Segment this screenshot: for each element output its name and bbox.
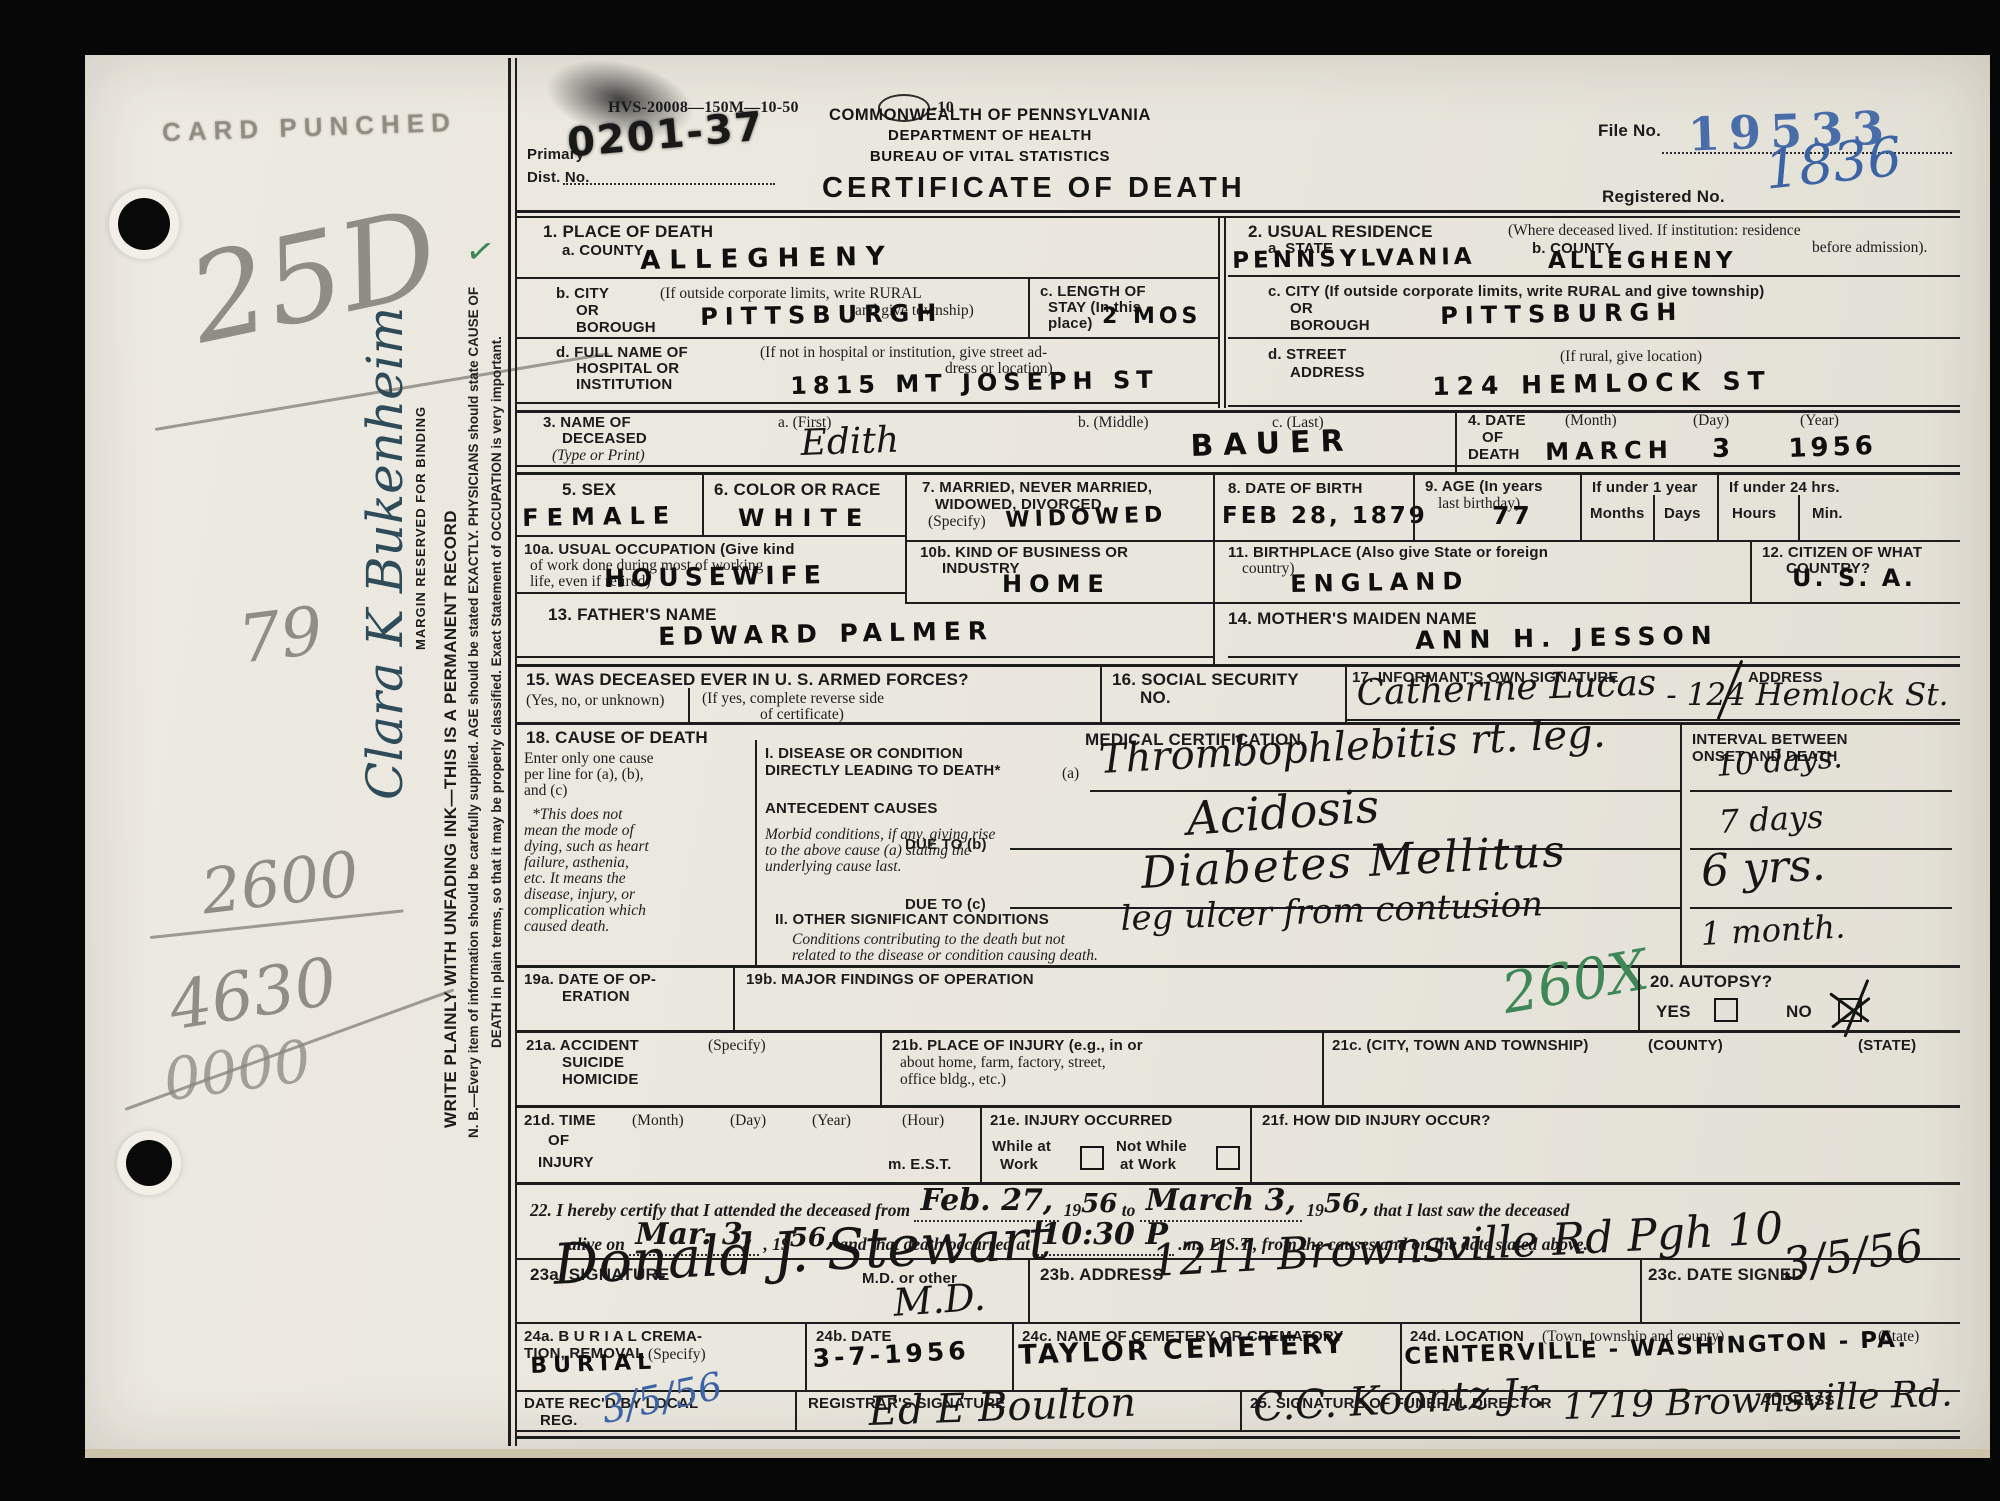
date-of-operation-label: 19a. DATE OF OP- — [524, 971, 656, 990]
or-label: OR — [576, 302, 599, 321]
divider — [688, 688, 690, 722]
date-of-birth-label: 8. DATE OF BIRTH — [1228, 480, 1363, 499]
date-of-death-label-2: OF — [1482, 429, 1503, 448]
while-at-work-label-2: Work — [1000, 1156, 1038, 1175]
street-label: d. STREET — [1268, 346, 1346, 365]
marital-status-value: WIDOWED — [1005, 504, 1168, 532]
marital-status-label: 7. MARRIED, NEVER MARRIED, — [922, 479, 1152, 498]
injury-month-label: (Month) — [632, 1112, 684, 1130]
autopsy-yes-label: YES — [1656, 1001, 1691, 1022]
antecedent-label: ANTECEDENT CAUSES — [765, 800, 938, 819]
borough-label: BOROUGH — [576, 319, 656, 338]
while-at-work-checkbox[interactable] — [1080, 1146, 1104, 1170]
rule — [905, 602, 1960, 604]
commonwealth-line: COMMONWEALTH OF PENNSYLVANIA — [790, 104, 1190, 126]
age-label: 9. AGE (In years — [1425, 478, 1543, 497]
occupation-value: HOUSEWIFE — [604, 562, 827, 591]
rule — [516, 535, 905, 537]
punch-hole-top — [118, 198, 170, 250]
divider — [1240, 1390, 1242, 1430]
cause-star-note-8: caused death. — [524, 918, 609, 936]
city-label: b. CITY — [556, 285, 609, 304]
hospital-label-3: INSTITUTION — [576, 376, 672, 395]
accident-specify-hint: (Specify) — [708, 1037, 766, 1055]
usual-residence-hint: (Where deceased lived. If institution: r… — [1508, 222, 1801, 240]
time-of-injury-label-3: INJURY — [538, 1154, 594, 1173]
rule — [905, 540, 1960, 542]
homicide-label: HOMICIDE — [562, 1071, 639, 1090]
date-of-operation-label-2: ERATION — [562, 988, 630, 1007]
rule — [516, 465, 1960, 467]
attended-to-year-value: 56, — [1324, 1189, 1369, 1219]
time-of-injury-label: 21d. TIME — [524, 1112, 596, 1131]
street-hint: (If rural, give location) — [1560, 348, 1702, 366]
md-value: M.D. — [892, 1278, 987, 1322]
margin-nb-note-1: N. B.—Every item of information should b… — [466, 287, 481, 1138]
interval-other-value: 1 month. — [1700, 910, 1846, 950]
disease-label-2: DIRECTLY LEADING TO DEATH* — [765, 762, 1001, 781]
physician-address-label: 23b. ADDRESS — [1040, 1264, 1164, 1285]
est-label: m. E.S.T. — [888, 1156, 952, 1175]
major-findings-label: 19b. MAJOR FINDINGS OF OPERATION — [746, 971, 1034, 990]
armed-forces-hint: (Yes, no, or unknown) — [526, 692, 664, 710]
divider — [980, 1105, 982, 1182]
divider — [1250, 1105, 1252, 1182]
registered-no-label: Registered No. — [1602, 186, 1725, 207]
birthplace-value: ENGLAND — [1290, 569, 1469, 596]
other-conditions-label: II. OTHER SIGNIFICANT CONDITIONS — [775, 911, 1049, 930]
ssn-label-2: NO. — [1140, 687, 1171, 708]
burial-value: BURIAL — [530, 1352, 658, 1378]
not-while-at-work-label-2: at Work — [1120, 1156, 1176, 1175]
divider — [733, 965, 735, 1030]
divider — [1717, 472, 1719, 540]
divider — [1224, 217, 1226, 408]
rule — [516, 472, 1960, 475]
county-label: a. COUNTY — [562, 242, 644, 261]
rule — [516, 1430, 1960, 1432]
autopsy-no-label: NO — [1786, 1001, 1812, 1022]
mother-name-value: ANN H. JESSON — [1415, 623, 1719, 653]
divider — [1213, 472, 1215, 664]
divider — [1640, 1258, 1642, 1322]
certificate-title: CERTIFICATE OF DEATH — [822, 172, 1246, 205]
date-signed-label: 23c. DATE SIGNED — [1648, 1264, 1804, 1285]
divider — [1322, 1030, 1324, 1105]
interval-a-value: 10 days. — [1715, 743, 1843, 782]
rule — [516, 277, 1218, 279]
injury-hour-label: (Hour) — [902, 1112, 944, 1130]
interval-c-value: 6 yrs. — [1700, 843, 1827, 893]
divider — [1345, 664, 1347, 722]
business-value: HOME — [1002, 572, 1111, 596]
sex-label: 5. SEX — [562, 479, 616, 500]
rule — [1228, 656, 1960, 658]
birthplace-label-2: country) — [1242, 560, 1295, 578]
residence-borough-label: BOROUGH — [1290, 317, 1370, 336]
place-of-death-label: 1. PLACE OF DEATH — [543, 221, 713, 242]
divider — [1798, 495, 1800, 540]
color-race-label: 6. COLOR OR RACE — [714, 479, 881, 500]
date-of-death-label: 4. DATE — [1468, 412, 1526, 431]
not-while-at-work-checkbox[interactable] — [1216, 1146, 1240, 1170]
residence-or-label: OR — [1290, 300, 1313, 319]
rule — [1228, 405, 1960, 407]
divider — [795, 1390, 797, 1430]
divider — [1028, 1258, 1030, 1322]
morbid-hint-3: underlying cause last. — [765, 858, 901, 876]
informant-signature-value: Catherine Lucas — [1356, 666, 1657, 712]
rule — [516, 1322, 1960, 1324]
rule — [516, 1030, 1960, 1033]
date-of-death-label-3: DEATH — [1468, 446, 1520, 465]
rule — [516, 216, 1960, 218]
disease-a-label: (a) — [1062, 765, 1079, 783]
min-label: Min. — [1812, 505, 1843, 524]
divider — [880, 1030, 882, 1105]
residence-county-value: ALLEGHENY — [1548, 250, 1737, 273]
rule — [516, 1105, 1960, 1108]
interval-b-value: 7 days — [1718, 801, 1824, 838]
margin-signature: Clara K Bukenheim — [360, 307, 410, 800]
cert-text: 19 — [1306, 1200, 1324, 1220]
accident-label: 21a. ACCIDENT — [526, 1037, 639, 1056]
divider — [1638, 965, 1640, 1030]
color-race-value: WHITE — [738, 506, 871, 530]
divider — [1455, 410, 1457, 472]
informant-address-value: - 124 Hemlock St. — [1666, 680, 1948, 711]
bureau-line: BUREAU OF VITAL STATISTICS — [790, 147, 1190, 167]
under-1-year-label: If under 1 year — [1592, 479, 1698, 498]
injury-city-label: 21c. (CITY, TOWN AND TOWNSHIP) — [1332, 1037, 1589, 1056]
name-of-deceased-label-2: DECEASED — [562, 430, 647, 449]
time-of-injury-label-2: OF — [548, 1132, 569, 1151]
divider — [702, 472, 704, 535]
death-month-value: MARCH — [1545, 438, 1674, 464]
cause-of-death-label: 18. CAUSE OF DEATH — [526, 727, 708, 748]
rule — [516, 402, 1218, 404]
rule — [516, 722, 1960, 725]
street-value: 124 HEMLOCK ST — [1432, 368, 1772, 399]
burial-label: 24a. B U R I A L CREMA- — [524, 1328, 702, 1347]
residence-city-value: PITTSBURGH — [1440, 300, 1684, 328]
injury-county-label: (COUNTY) — [1648, 1037, 1723, 1056]
rule — [516, 337, 1218, 339]
rule — [516, 210, 1960, 213]
injury-state-label: (STATE) — [1858, 1037, 1916, 1056]
first-name-value: Edith — [800, 423, 900, 462]
injury-day-label: (Day) — [730, 1112, 766, 1130]
margin-nb-note-2: DEATH in plain terms, so that it may be … — [489, 336, 504, 1048]
hospital-value: 1815 MT JOSEPH ST — [790, 368, 1159, 398]
rule — [1090, 790, 1680, 792]
how-injury-occur-label: 21f. HOW DID INJURY OCCUR? — [1262, 1112, 1491, 1131]
rule — [516, 1436, 1960, 1439]
divider — [1580, 472, 1582, 540]
autopsy-label: 20. AUTOPSY? — [1650, 971, 1772, 992]
place-of-injury-label: 21b. PLACE OF INJURY (e.g., in or — [892, 1037, 1143, 1056]
length-of-stay-label-3: place) — [1048, 315, 1093, 334]
registrar-signature-value: Ed E Boulton — [868, 1383, 1137, 1432]
while-at-work-label: While at — [992, 1138, 1051, 1157]
injury-occurred-label: 21e. INJURY OCCURRED — [990, 1112, 1172, 1131]
other-conditions-hint-2: related to the disease or condition caus… — [792, 947, 1098, 965]
divider — [1028, 277, 1030, 337]
citizen-value: U. S. A. — [1792, 566, 1916, 590]
sex-value: FEMALE — [522, 503, 677, 530]
file-no-label: File No. — [1598, 120, 1661, 141]
place-of-injury-hint-2: office bldg., etc.) — [900, 1071, 1006, 1089]
father-name-value: EDWARD PALMER — [658, 618, 994, 649]
street-label-2: ADDRESS — [1290, 364, 1365, 383]
length-of-stay-value: 2 MOS — [1102, 306, 1201, 328]
burial-date-value: 3-7-1956 — [812, 1338, 970, 1371]
divider — [905, 472, 907, 602]
not-while-at-work-label: Not While — [1116, 1138, 1187, 1157]
pencil-note-79: 79 — [235, 598, 326, 674]
suicide-label: SUICIDE — [562, 1054, 624, 1073]
year-label: (Year) — [1800, 412, 1839, 430]
dist-no-line — [563, 183, 775, 185]
rule — [516, 410, 1960, 413]
divider — [1218, 217, 1220, 408]
cause-b-value: Acidosis — [1185, 783, 1381, 842]
city-value: PITTSBURGH — [700, 301, 944, 329]
county-value: ALLEGHENY — [640, 244, 894, 274]
type-or-print-hint: (Type or Print) — [552, 447, 645, 465]
registered-no-value: 1836 — [1762, 130, 1904, 198]
divider — [755, 740, 757, 965]
place-of-injury-hint: about home, farm, factory, street, — [900, 1054, 1106, 1072]
month-label: (Month) — [1565, 412, 1617, 430]
due-to-b-label: DUE TO (b) — [905, 836, 987, 855]
margin-write-plainly-note: WRITE PLAINLY WITH UNFADING INK—THIS IS … — [440, 510, 461, 1128]
death-year-value: 1956 — [1788, 433, 1877, 462]
rule — [516, 656, 1213, 658]
injury-year-label: (Year) — [812, 1112, 851, 1130]
date-of-birth-value: FEB 28, 1879 — [1222, 505, 1428, 528]
marital-specify-hint: (Specify) — [928, 513, 986, 531]
divider — [1012, 1322, 1014, 1390]
divider — [1750, 540, 1752, 602]
autopsy-yes-checkbox[interactable] — [1714, 998, 1738, 1022]
day-label: (Day) — [1693, 412, 1729, 430]
pencil-note-2600: 2600 — [198, 843, 362, 924]
form-border-inner — [515, 58, 517, 1446]
rule — [516, 664, 1960, 667]
attended-from-year-value: 56 — [1081, 1189, 1117, 1219]
divider — [1413, 472, 1415, 540]
last-name-value: BAUER — [1190, 426, 1354, 462]
department-line: DEPARTMENT OF HEALTH — [790, 126, 1190, 146]
divider — [1653, 495, 1655, 540]
armed-forces-label: 15. WAS DECEASED EVER IN U. S. ARMED FOR… — [526, 669, 969, 690]
divider — [805, 1322, 807, 1390]
cause-note-3: and (c) — [524, 782, 567, 800]
age-value: 77 — [1492, 503, 1533, 528]
divider — [1100, 664, 1102, 722]
death-certificate-scan: CARD PUNCHED 25D 79 2600 4630 0000 ✓ Cla… — [0, 0, 2000, 1501]
rule — [1690, 790, 1952, 792]
informant-value: Catherine Lucas - 124 Hemlock St. — [1356, 676, 1949, 712]
rule — [1228, 337, 1960, 339]
residence-city-label: c. CITY (If outside corporate limits, wr… — [1268, 283, 1764, 302]
date-received-label-2: REG. — [540, 1412, 577, 1431]
hours-label: Hours — [1732, 505, 1776, 524]
margin-binding-note: MARGIN RESERVED FOR BINDING — [413, 406, 429, 650]
middle-name-label: b. (Middle) — [1078, 414, 1149, 432]
months-label: Months — [1590, 505, 1645, 524]
state-value: PENNSYLVANIA — [1232, 246, 1476, 273]
death-day-value: 3 — [1712, 436, 1736, 462]
under-24-hrs-label: If under 24 hrs. — [1729, 479, 1840, 498]
rule — [1228, 275, 1960, 277]
form-border-outer — [508, 58, 511, 1446]
divider — [1680, 722, 1682, 965]
days-label: Days — [1664, 505, 1701, 524]
punch-hole-bottom — [126, 1140, 172, 1186]
usual-residence-hint-2: before admission). — [1812, 239, 1927, 257]
agency-header: COMMONWEALTH OF PENNSYLVANIA DEPARTMENT … — [790, 104, 1190, 167]
rule — [516, 592, 905, 594]
disease-label: I. DISEASE OR CONDITION — [765, 745, 963, 764]
